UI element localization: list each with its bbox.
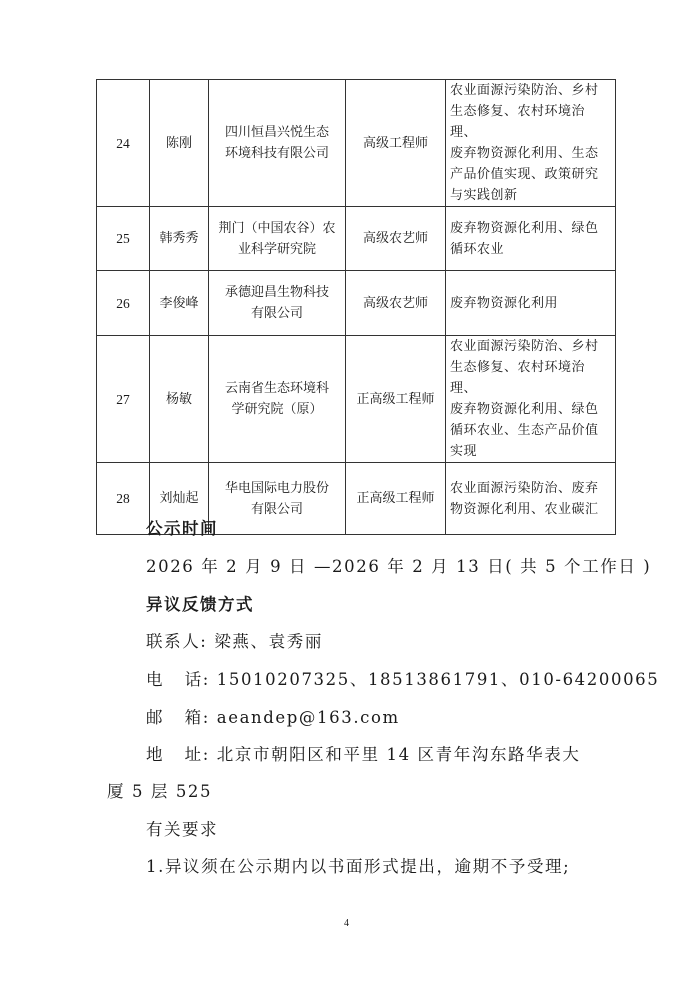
field-line: 农业面源污染防治、乡村 [450, 336, 611, 357]
field-line: 与实践创新 [450, 185, 611, 206]
address-value: 北京市朝阳区和平里 14 区青年沟东路华表大 [217, 745, 581, 764]
professional-title: 高级农艺师 [346, 207, 446, 271]
organization: 四川恒昌兴悦生态环境科技有限公司 [209, 80, 346, 207]
field-line: 生态修复、农村环境治理、 [450, 357, 611, 399]
field-line: 农业面源污染防治、废弃 [450, 478, 611, 499]
org-line: 承德迎昌生物科技 [213, 282, 341, 303]
org-line: 云南省生态环境科 [213, 378, 341, 399]
table-row: 24 陈刚 四川恒昌兴悦生态环境科技有限公司 高级工程师 农业面源污染防治、乡村… [97, 80, 616, 207]
document-page: 24 陈刚 四川恒昌兴悦生态环境科技有限公司 高级工程师 农业面源污染防治、乡村… [0, 0, 700, 990]
professional-title: 正高级工程师 [346, 336, 446, 463]
field-line: 生态修复、农村环境治理、 [450, 101, 611, 143]
expertise-field: 农业面源污染防治、乡村生态修复、农村环境治理、废弃物资源化利用、绿色循环农业、生… [446, 336, 616, 463]
phone-label: 电 话: [146, 670, 210, 689]
org-line: 华电国际电力股份 [213, 478, 341, 499]
organization: 承德迎昌生物科技有限公司 [209, 271, 346, 336]
organization: 云南省生态环境科学研究院（原） [209, 336, 346, 463]
expert-name: 陈刚 [150, 80, 209, 207]
publicity-heading: 公示时间 [146, 515, 218, 539]
professional-title: 高级工程师 [346, 80, 446, 207]
requirements-heading: 有关要求 [146, 816, 218, 840]
table-row: 27 杨敏 云南省生态环境科学研究院（原） 正高级工程师 农业面源污染防治、乡村… [97, 336, 616, 463]
field-line: 循环农业 [450, 239, 611, 260]
row-number: 24 [97, 80, 150, 207]
expert-name: 杨敏 [150, 336, 209, 463]
row-number: 27 [97, 336, 150, 463]
org-line: 有限公司 [213, 303, 341, 324]
publicity-period: 2026 年 2 月 9 日 —2026 年 2 月 13 日( 共 5 个工作… [146, 553, 651, 577]
email-line: 邮 箱: aeandep@163.com [146, 704, 400, 728]
requirement-item-1: 1.异议须在公示期内以书面形式提出，逾期不予受理; [146, 853, 570, 877]
expertise-field: 农业面源污染防治、废弃物资源化利用、农业碳汇 [446, 463, 616, 535]
row-number: 28 [97, 463, 150, 535]
table-row: 25 韩秀秀 荆门（中国农谷）农业科学研究院 高级农艺师 废弃物资源化利用、绿色… [97, 207, 616, 271]
table-row: 26 李俊峰 承德迎昌生物科技有限公司 高级农艺师 废弃物资源化利用 [97, 271, 616, 336]
professional-title: 高级农艺师 [346, 271, 446, 336]
contacts-value: 梁燕、袁秀丽 [214, 632, 323, 651]
page-number: 4 [344, 918, 349, 929]
field-line: 循环农业、生态产品价值 [450, 420, 611, 441]
org-line: 业科学研究院 [213, 239, 341, 260]
field-line: 废弃物资源化利用、绿色 [450, 399, 611, 420]
org-line: 学研究院（原） [213, 399, 341, 420]
organization: 荆门（中国农谷）农业科学研究院 [209, 207, 346, 271]
expertise-field: 废弃物资源化利用 [446, 271, 616, 336]
email-value: aeandep@163.com [217, 708, 400, 727]
contacts-label: 联系人: [146, 632, 207, 651]
contacts-line: 联系人: 梁燕、袁秀丽 [146, 628, 323, 652]
phone-line: 电 话: 15010207325、18513861791、010-6420006… [146, 666, 659, 690]
field-line: 废弃物资源化利用、绿色 [450, 218, 611, 239]
field-line: 产品价值实现、政策研究 [450, 164, 611, 185]
field-line: 废弃物资源化利用、生态 [450, 143, 611, 164]
email-label: 邮 箱: [146, 708, 210, 727]
professional-title: 正高级工程师 [346, 463, 446, 535]
address-continuation: 厦 5 层 525 [107, 778, 212, 802]
org-line: 荆门（中国农谷）农 [213, 218, 341, 239]
row-number: 25 [97, 207, 150, 271]
field-line: 物资源化利用、农业碳汇 [450, 499, 611, 520]
experts-table: 24 陈刚 四川恒昌兴悦生态环境科技有限公司 高级工程师 农业面源污染防治、乡村… [96, 79, 616, 535]
org-line: 有限公司 [213, 499, 341, 520]
address-line: 地 址: 北京市朝阳区和平里 14 区青年沟东路华表大 [146, 741, 580, 765]
expert-name: 李俊峰 [150, 271, 209, 336]
organization: 华电国际电力股份有限公司 [209, 463, 346, 535]
expertise-field: 农业面源污染防治、乡村生态修复、农村环境治理、废弃物资源化利用、生态产品价值实现… [446, 80, 616, 207]
expert-name: 韩秀秀 [150, 207, 209, 271]
field-line: 农业面源污染防治、乡村 [450, 80, 611, 101]
feedback-heading: 异议反馈方式 [146, 591, 254, 615]
phone-value: 15010207325、18513861791、010-64200065 [217, 670, 660, 689]
expertise-field: 废弃物资源化利用、绿色循环农业 [446, 207, 616, 271]
address-label: 地 址: [146, 745, 210, 764]
field-line: 实现 [450, 441, 611, 462]
field-line: 废弃物资源化利用 [450, 293, 611, 314]
row-number: 26 [97, 271, 150, 336]
org-line: 环境科技有限公司 [213, 143, 341, 164]
org-line: 四川恒昌兴悦生态 [213, 122, 341, 143]
